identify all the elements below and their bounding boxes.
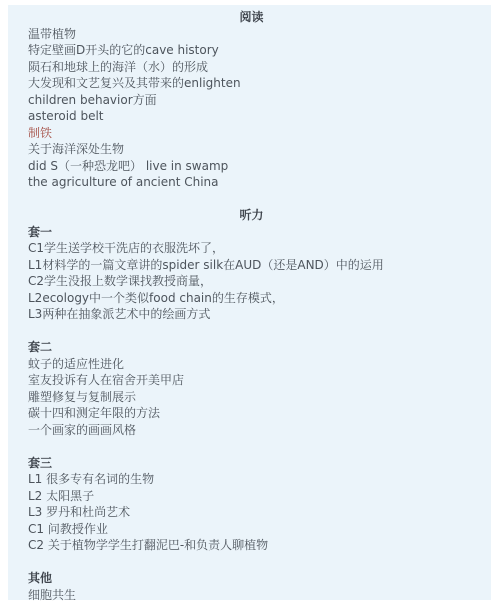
- reading-item: children behavior方面: [28, 92, 475, 109]
- listening-item: 雕塑修复与复制展示: [28, 389, 475, 406]
- listening-item: C2学生没报上数学课找教授商量，: [28, 273, 475, 290]
- listening-group-2: 套二 蚊子的适应性进化 室友投诉有人在宿舍开美甲店 雕塑修复与复制展示 碳十四和…: [28, 339, 475, 438]
- listening-section-title: 听力: [28, 207, 475, 224]
- listening-group-1: 套一 C1学生送学校干洗店的衣服洗坏了， L1材料学的一篇文章讲的spider …: [28, 224, 475, 323]
- listening-item: C1学生送学校干洗店的衣服洗坏了，: [28, 240, 475, 257]
- group-heading: 套一: [28, 224, 475, 241]
- reading-item-highlighted: 制铁: [28, 125, 475, 142]
- other-item: 细胞共生: [28, 587, 475, 604]
- listening-item: 一个画家的画画风格: [28, 422, 475, 439]
- listening-item: L2 太阳黑子: [28, 488, 475, 505]
- listening-item: C2 关于植物学学生打翻泥巴-和负责人聊植物: [28, 537, 475, 554]
- listening-item: L1 很多专有名词的生物: [28, 471, 475, 488]
- group-heading: 套三: [28, 455, 475, 472]
- reading-section-title: 阅读: [28, 9, 475, 26]
- reading-item: asteroid belt: [28, 108, 475, 125]
- reading-item: 温带植物: [28, 26, 475, 43]
- reading-item: the agriculture of ancient China: [28, 174, 475, 191]
- listening-item: C1 问教授作业: [28, 521, 475, 538]
- reading-item: 关于海洋深处生物: [28, 141, 475, 158]
- reading-item: 大发现和文艺复兴及其带来的enlighten: [28, 75, 475, 92]
- listening-item: 室友投诉有人在宿舍开美甲店: [28, 372, 475, 389]
- group-heading: 套二: [28, 339, 475, 356]
- reading-item: did S（一种恐龙吧） live in swamp: [28, 158, 475, 175]
- reading-item: 特定壁画D开头的它的cave history: [28, 42, 475, 59]
- listening-group-3: 套三 L1 很多专有名词的生物 L2 太阳黑子 L3 罗丹和杜尚艺术 C1 问教…: [28, 455, 475, 554]
- listening-item: L3 罗丹和杜尚艺术: [28, 504, 475, 521]
- listening-item: L2ecology中一个类似food chain的生存模式，: [28, 290, 475, 307]
- other-group: 其他 细胞共生: [28, 570, 475, 603]
- reading-item: 陨石和地球上的海洋（水）的形成: [28, 59, 475, 76]
- listening-item: 碳十四和测定年限的方法: [28, 405, 475, 422]
- listening-item: 蚊子的适应性进化: [28, 356, 475, 373]
- content-panel: 阅读 温带植物 特定壁画D开头的它的cave history 陨石和地球上的海洋…: [8, 5, 491, 600]
- listening-item: L3两种在抽象派艺术中的绘画方式: [28, 306, 475, 323]
- group-heading: 其他: [28, 570, 475, 587]
- listening-item: L1材料学的一篇文章讲的spider silk在AUD（还是AND）中的运用: [28, 257, 475, 274]
